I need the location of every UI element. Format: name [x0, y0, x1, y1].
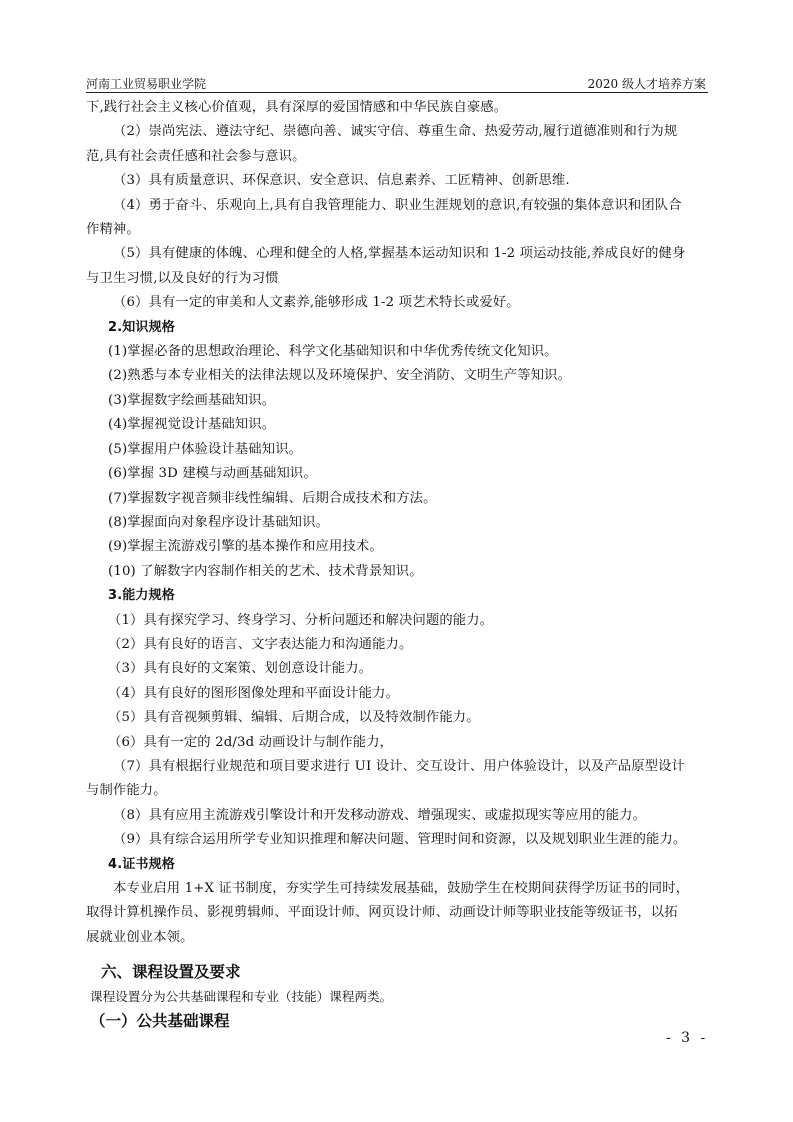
paragraph-line: 展就业创业本领。 [86, 926, 708, 950]
paragraph-line: 与卫生习惯,以及良好的行为习惯 [86, 267, 708, 291]
list-item: (4)掌握视觉设计基础知识。 [86, 413, 708, 437]
list-item: (8)掌握面向对象程序设计基础知识。 [86, 511, 708, 535]
page-number: - 3 - [666, 1030, 708, 1046]
paragraph-line: 范,具有社会责任感和社会参与意识。 [86, 145, 708, 169]
paragraph-line: （9）具有综合运用所学专业知识推理和解决问题、管理时间和资源，以及规划职业生涯的… [86, 828, 708, 852]
paragraph-line: （5）具有健康的体魄、心理和健全的人格,掌握基本运动知识和 1-2 项运动技能,… [86, 242, 708, 266]
paragraph-line: 本专业启用 1+X 证书制度，夯实学生可持续发展基础，鼓励学生在校期间获得学历证… [86, 877, 708, 901]
list-item: （6）具有一定的 2d/3d 动画设计与制作能力， [86, 731, 708, 755]
paragraph-line: 下,践行社会主义核心价值观，具有深厚的爱国情感和中华民族自豪感。 [86, 96, 708, 120]
certificate-section: 4.证书规格 本专业启用 1+X 证书制度，夯实学生可持续发展基础，鼓励学生在校… [86, 853, 708, 951]
list-item: （4）具有良好的图形图像处理和平面设计能力。 [86, 682, 708, 706]
header-institution: 河南工业贸易职业学院 [86, 75, 206, 92]
list-item: (5)掌握用户体验设计基础知识。 [86, 438, 708, 462]
paragraph-line: 课程设置分为公共基础课程和专业（技能）课程两类。 [86, 986, 708, 1008]
paragraph-line: （2）崇尚宪法、遵法守纪、崇德向善、诚实守信、尊重生命、热爱劳动,履行道德准则和… [86, 120, 708, 144]
paragraph-line: 取得计算机操作员、影视剪辑师、平面设计师、网页设计师、动画设计师等职业技能等级证… [86, 901, 708, 925]
list-item: (2)熟悉与本专业相关的法律法规以及环境保护、安全消防、文明生产等知识。 [86, 364, 708, 388]
list-item: (3)掌握数字绘画基础知识。 [86, 389, 708, 413]
section-heading: 3.能力规格 [86, 584, 708, 608]
quality-section: 下,践行社会主义核心价值观，具有深厚的爱国情感和中华民族自豪感。 （2）崇尚宪法… [86, 96, 708, 316]
section-heading: 2.知识规格 [86, 316, 708, 340]
paragraph-line: （4）勇于奋斗、乐观向上,具有自我管理能力、职业生涯规划的意识,有较强的集体意识… [86, 194, 708, 218]
list-item: (10) 了解数字内容制作相关的艺术、技术背景知识。 [86, 560, 708, 584]
list-item: (9)掌握主流游戏引擎的基本操作和应用技术。 [86, 535, 708, 559]
list-item: （3）具有良好的文案策、划创意设计能力。 [86, 657, 708, 681]
list-item: (7)掌握数字视音频非线性编辑、后期合成技术和方法。 [86, 487, 708, 511]
subsection-heading: （一）公共基础课程 [86, 1008, 708, 1034]
knowledge-section: 2.知识规格 (1)掌握必备的思想政治理论、科学文化基础知识和中华优秀传统文化知… [86, 316, 708, 584]
list-item: (1)掌握必备的思想政治理论、科学文化基础知识和中华优秀传统文化知识。 [86, 340, 708, 364]
page-header: 河南工业贸易职业学院 2020 级人才培养方案 [86, 74, 708, 93]
list-item: (6)掌握 3D 建模与动画基础知识。 [86, 462, 708, 486]
course-section: 六、课程设置及要求 课程设置分为公共基础课程和专业（技能）课程两类。 （一）公共… [86, 958, 708, 1034]
paragraph-line: （8）具有应用主流游戏引擎设计和开发移动游戏、增强现实、或虚拟现实等应用的能力。 [86, 804, 708, 828]
document-body: 下,践行社会主义核心价值观，具有深厚的爱国情感和中华民族自豪感。 （2）崇尚宪法… [86, 96, 708, 1034]
section-heading: 4.证书规格 [86, 853, 708, 877]
paragraph-line: 与制作能力。 [86, 779, 708, 803]
paragraph-line: 作精神。 [86, 218, 708, 242]
header-document-title: 2020 级人才培养方案 [588, 75, 706, 92]
paragraph-line: （3）具有质量意识、环保意识、安全意识、信息素养、工匠精神、创新思维. [86, 169, 708, 193]
paragraph-line: （7）具有根据行业规范和项目要求进行 UI 设计、交互设计、用户体验设计，以及产… [86, 755, 708, 779]
list-item: （2）具有良好的语言、文字表达能力和沟通能力。 [86, 633, 708, 657]
list-item: （1）具有探究学习、终身学习、分析问题还和解决问题的能力。 [86, 609, 708, 633]
ability-section: 3.能力规格 （1）具有探究学习、终身学习、分析问题还和解决问题的能力。 （2）… [86, 584, 708, 852]
paragraph-line: （6）具有一定的审美和人文素养,能够形成 1-2 项艺术特长或爱好。 [86, 291, 708, 315]
chapter-heading: 六、课程设置及要求 [86, 958, 708, 986]
list-item: （5）具有音视频剪辑、编辑、后期合成，以及特效制作能力。 [86, 706, 708, 730]
